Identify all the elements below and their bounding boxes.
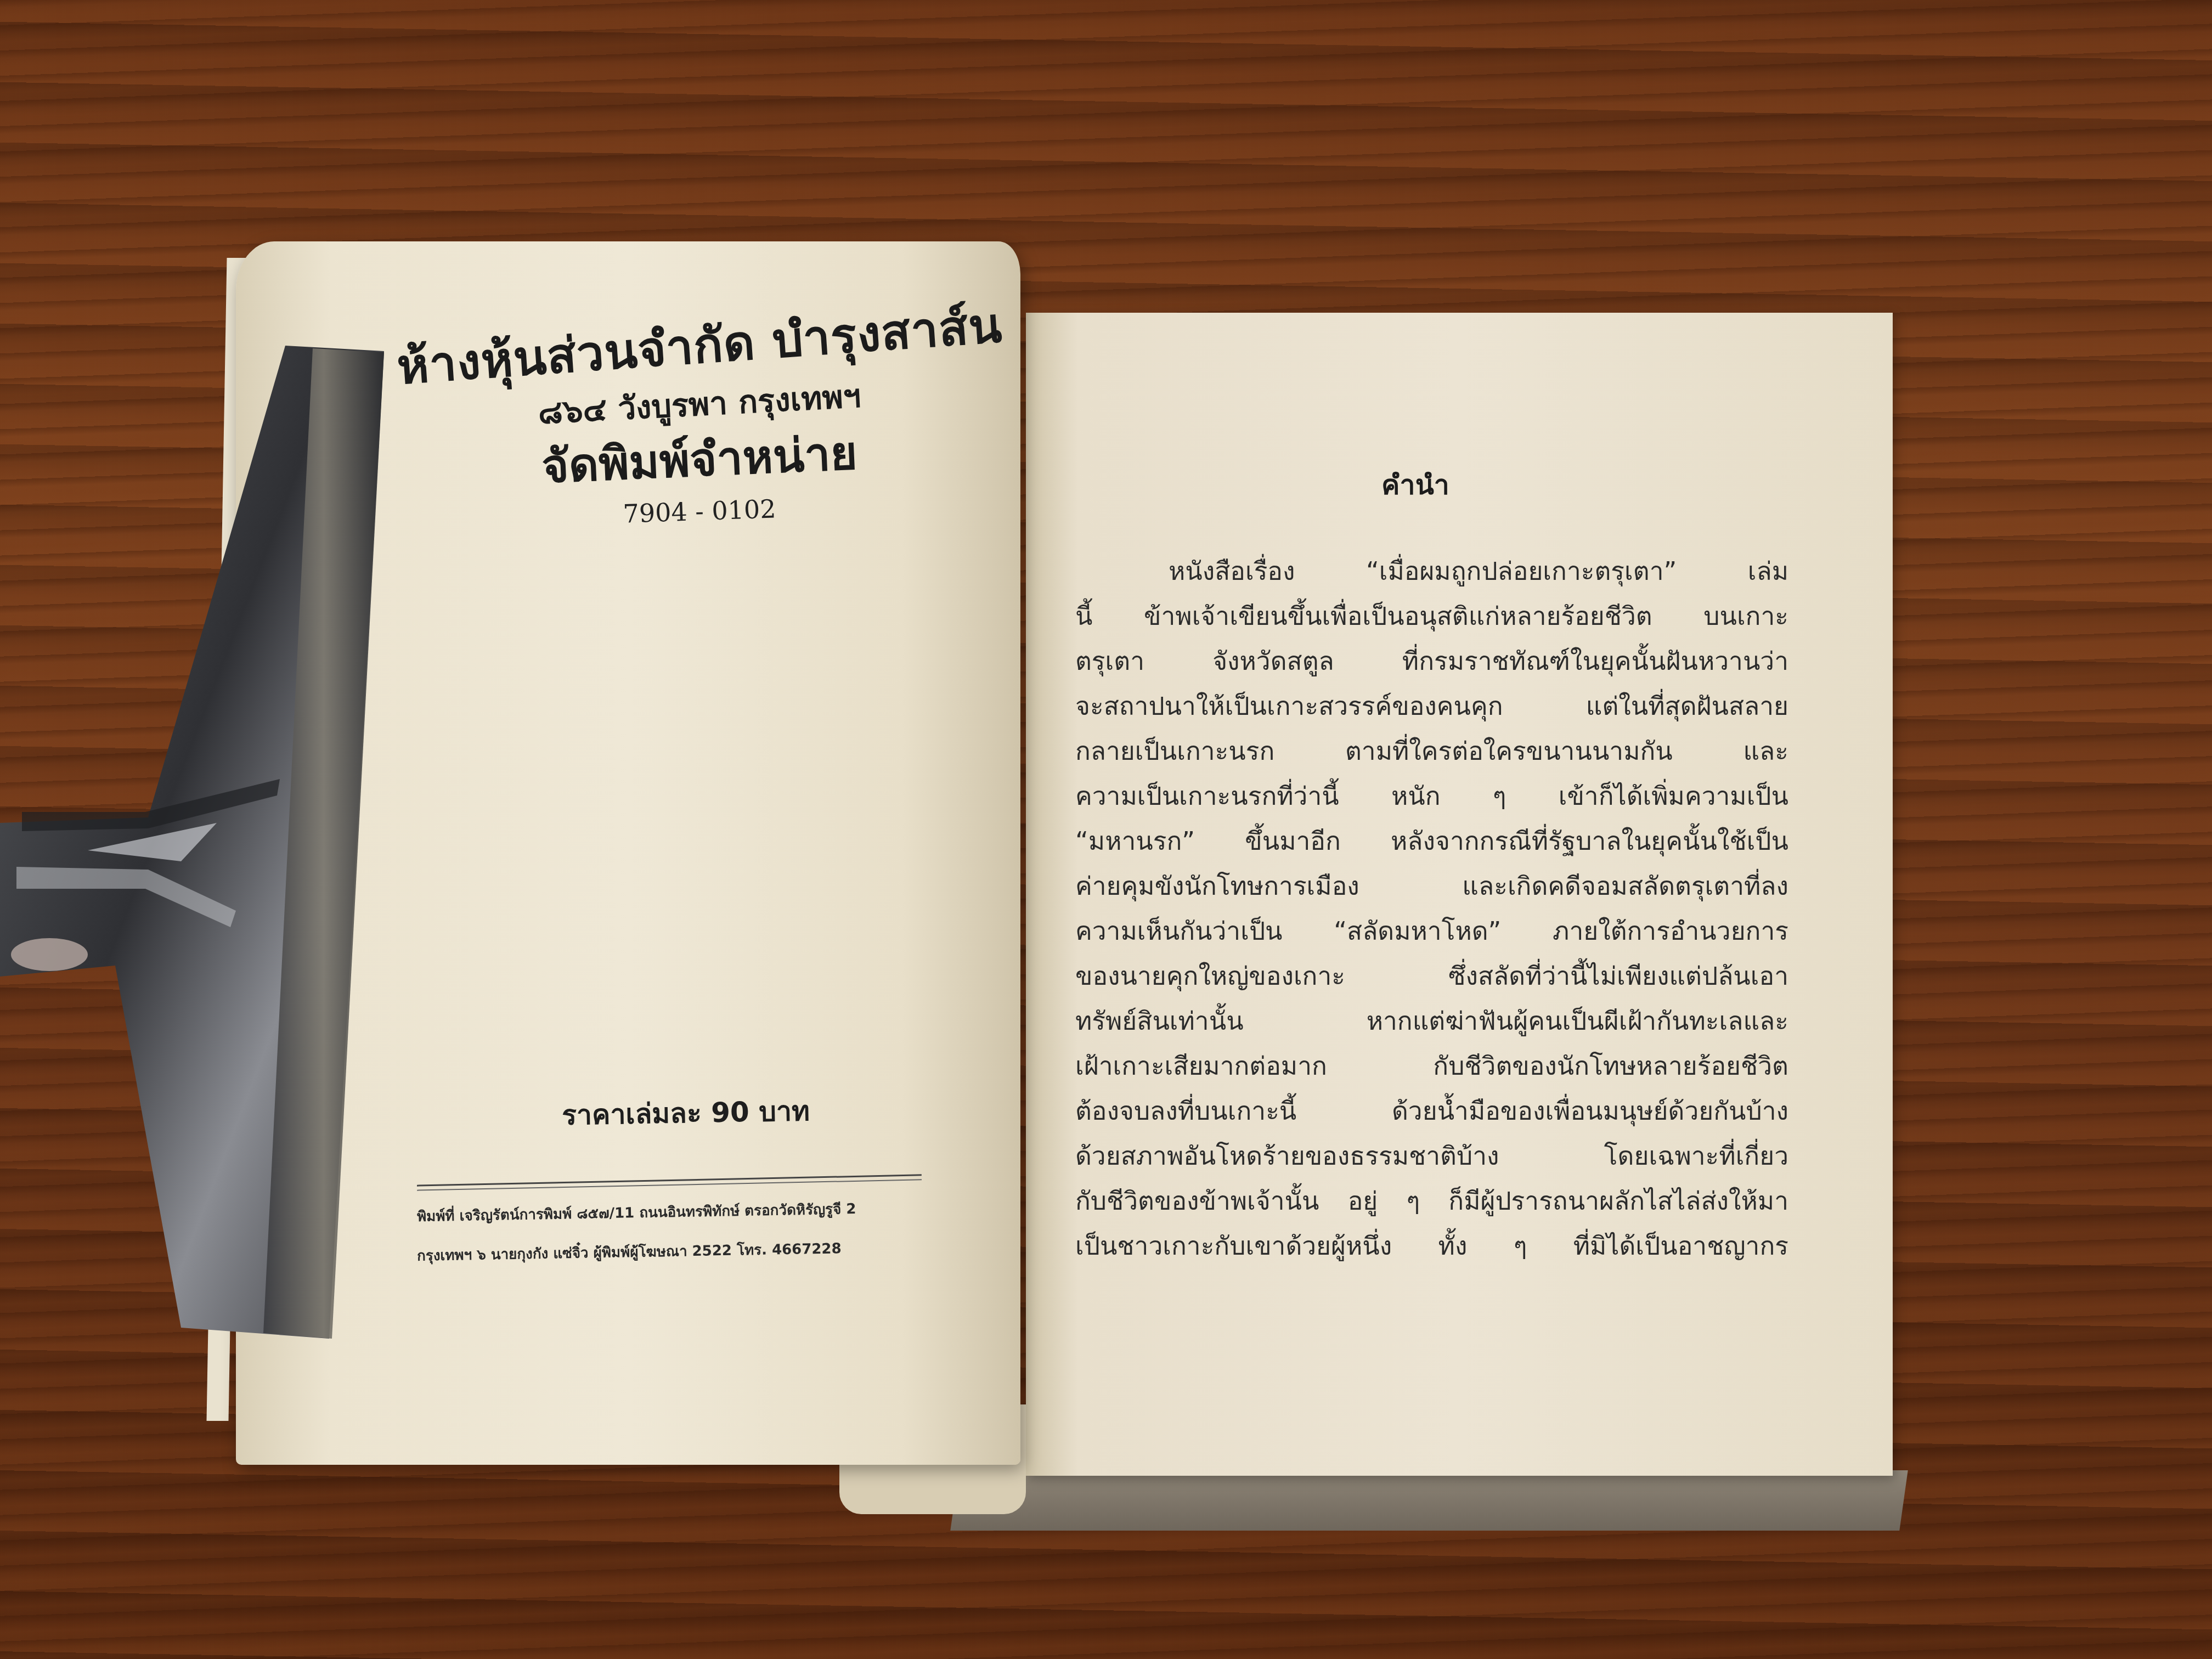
foreword-line: เป็นชาวเกาะกับเขาด้วยผู้หนึ่ง ทั้ง ๆ ที่… <box>1075 1223 1788 1268</box>
foreword-line: เฝ้าเกาะเสียมากต่อมาก กับชีวิตของนักโทษห… <box>1075 1043 1788 1088</box>
foreword-line: ค่ายคุมขังนักโทษการเมือง และเกิดคดีจอมสล… <box>1075 864 1788 909</box>
foreword-line: ทรัพย์สินเท่านั้น หากแต่ฆ่าฟันผู้คนเป็นผ… <box>1075 998 1788 1043</box>
foreword-line: ด้วยสภาพอันโหดร้ายของธรรมชาติบ้าง โดยเฉพ… <box>1075 1133 1788 1178</box>
foreword-line: หนังสือเรื่อง “เมื่อผมถูกปล่อยเกาะตรุเตา… <box>1075 549 1788 594</box>
foreword-line: จะสถาปนาให้เป็นเกาะสวรรค์ของคนคุก แต่ในท… <box>1075 684 1788 729</box>
book-page-edges <box>950 1470 1908 1531</box>
book-price: ราคาเล่มละ 90 บาท <box>438 1087 933 1139</box>
foreword-line: ของนายคุกใหญ่ของเกาะ ซึ่งสลัดที่ว่านี้ไม… <box>1075 953 1788 998</box>
binder-clip-icon <box>0 340 395 1350</box>
foreword-line: ความเห็นกันว่าเป็น “สลัดมหาโหด” ภายใต้กา… <box>1075 909 1788 953</box>
foreword-title: คำนำ <box>1278 464 1553 507</box>
foreword-body: หนังสือเรื่อง “เมื่อผมถูกปล่อยเกาะตรุเตา… <box>1075 549 1788 1268</box>
foreword-line: นี้ ข้าพเจ้าเขียนขึ้นเพื่อเป็นอนุสติแก่ห… <box>1075 594 1788 639</box>
foreword-line: ความเป็นเกาะนรกที่ว่านี้ หนัก ๆ เข้าก็ได… <box>1075 774 1788 819</box>
foreword-line: กับชีวิตของข้าพเจ้านั้น อยู่ ๆ ก็มีผู้ปร… <box>1075 1178 1788 1223</box>
foreword-line: ต้องจบลงที่บนเกาะนี้ ด้วยน้ำมือของเพื่อน… <box>1075 1088 1788 1133</box>
foreword-line: กลายเป็นเกาะนรก ตามที่ใครต่อใครขนานนามกั… <box>1075 729 1788 774</box>
foreword-line: “มหานรก” ขึ้นมาอีก หลังจากกรณีที่รัฐบาลใ… <box>1075 819 1788 864</box>
foreword-line: ตรุเตา จังหวัดสตูล ที่กรมราชทัณฑ์ในยุคนั… <box>1075 639 1788 684</box>
